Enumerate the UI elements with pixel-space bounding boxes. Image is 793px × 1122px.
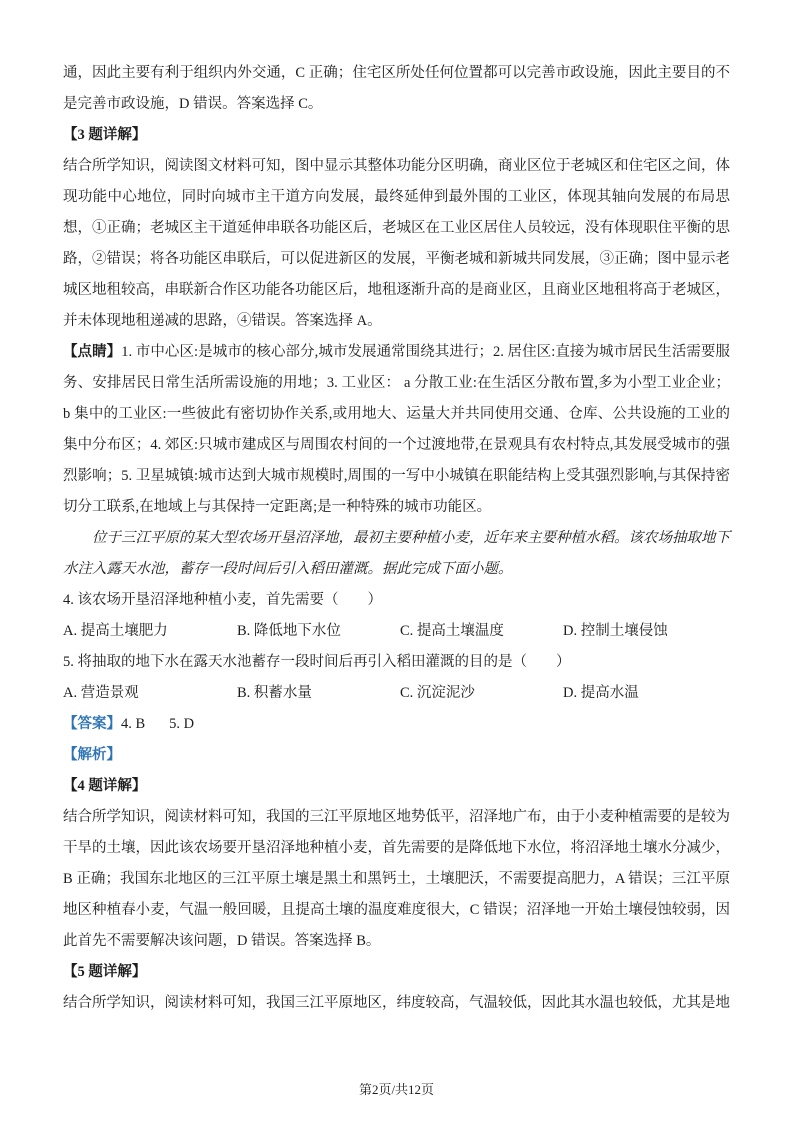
answer-line: 【答案】4. B5. D: [63, 709, 730, 740]
question5-option-b: B. 积蓄水量: [237, 678, 400, 709]
paragraph-material: 位于三江平原的某大型农场开垦沼泽地，最初主要种植小麦，近年来主要种植水稻。该农场…: [63, 523, 730, 585]
question4-stem: 4. 该农场开垦沼泽地种植小麦，首先需要（ ）: [63, 585, 730, 616]
jiexi-line: 【解析】: [63, 740, 730, 771]
question4-option-c: C. 提高土壤温度: [400, 616, 563, 647]
question4-option-a: A. 提高土壤肥力: [63, 616, 237, 647]
heading-q3-detail: 【3 题详解】: [63, 120, 730, 151]
answer-label: 【答案】: [63, 716, 121, 732]
answer-q4: 4. B: [121, 716, 145, 732]
jiexi-label: 【解析】: [63, 747, 121, 763]
paragraph-q4-explanation: 结合所学知识，阅读材料可知，我国的三江平原地区地势低平，沼泽地广布，由于小麦种植…: [63, 802, 730, 957]
dianjing-label: 【点睛】: [63, 344, 121, 360]
answer-q5: 5. D: [169, 716, 194, 732]
heading-q4-detail: 【4 题详解】: [63, 771, 730, 802]
document-page: 通，因此主要有利于组织内外交通，C 正确；住宅区所处任何位置都可以完善市政设施，…: [0, 0, 793, 1122]
paragraph-q2-explanation-continuation: 通，因此主要有利于组织内外交通，C 正确；住宅区所处任何位置都可以完善市政设施，…: [63, 58, 730, 120]
paragraph-dianjing: 【点睛】1. 市中心区:是城市的核心部分,城市发展通常围绕其进行；2. 居住区:…: [63, 337, 730, 523]
paragraph-q5-explanation: 结合所学知识，阅读材料可知，我国三江平原地区，纬度较高，气温较低，因此其水温也较…: [63, 988, 730, 1019]
paragraph-q3-explanation: 结合所学知识，阅读图文材料可知，图中显示其整体功能分区明确，商业区位于老城区和住…: [63, 151, 730, 337]
question5-stem: 5. 将抽取的地下水在露天水池蓄存一段时间后再引入稻田灌溉的目的是（ ）: [63, 647, 730, 678]
dianjing-text: 1. 市中心区:是城市的核心部分,城市发展通常围绕其进行；2. 居住区:直接为城…: [63, 344, 730, 515]
question5-option-a: A. 营造景观: [63, 678, 237, 709]
page-content: 通，因此主要有利于组织内外交通，C 正确；住宅区所处任何位置都可以完善市政设施，…: [63, 58, 730, 1019]
page-footer: 第2页/共12页: [0, 1079, 793, 1098]
question4-options: A. 提高土壤肥力B. 降低地下水位C. 提高土壤温度D. 控制土壤侵蚀: [63, 616, 730, 647]
question4-option-b: B. 降低地下水位: [237, 616, 400, 647]
heading-q5-detail: 【5 题详解】: [63, 957, 730, 988]
question5-options: A. 营造景观B. 积蓄水量C. 沉淀泥沙D. 提高水温: [63, 678, 730, 709]
page-number: 第2页/共12页: [359, 1082, 434, 1097]
question5-option-c: C. 沉淀泥沙: [400, 678, 563, 709]
question5-option-d: D. 提高水温: [563, 678, 639, 709]
question4-option-d: D. 控制土壤侵蚀: [563, 616, 668, 647]
